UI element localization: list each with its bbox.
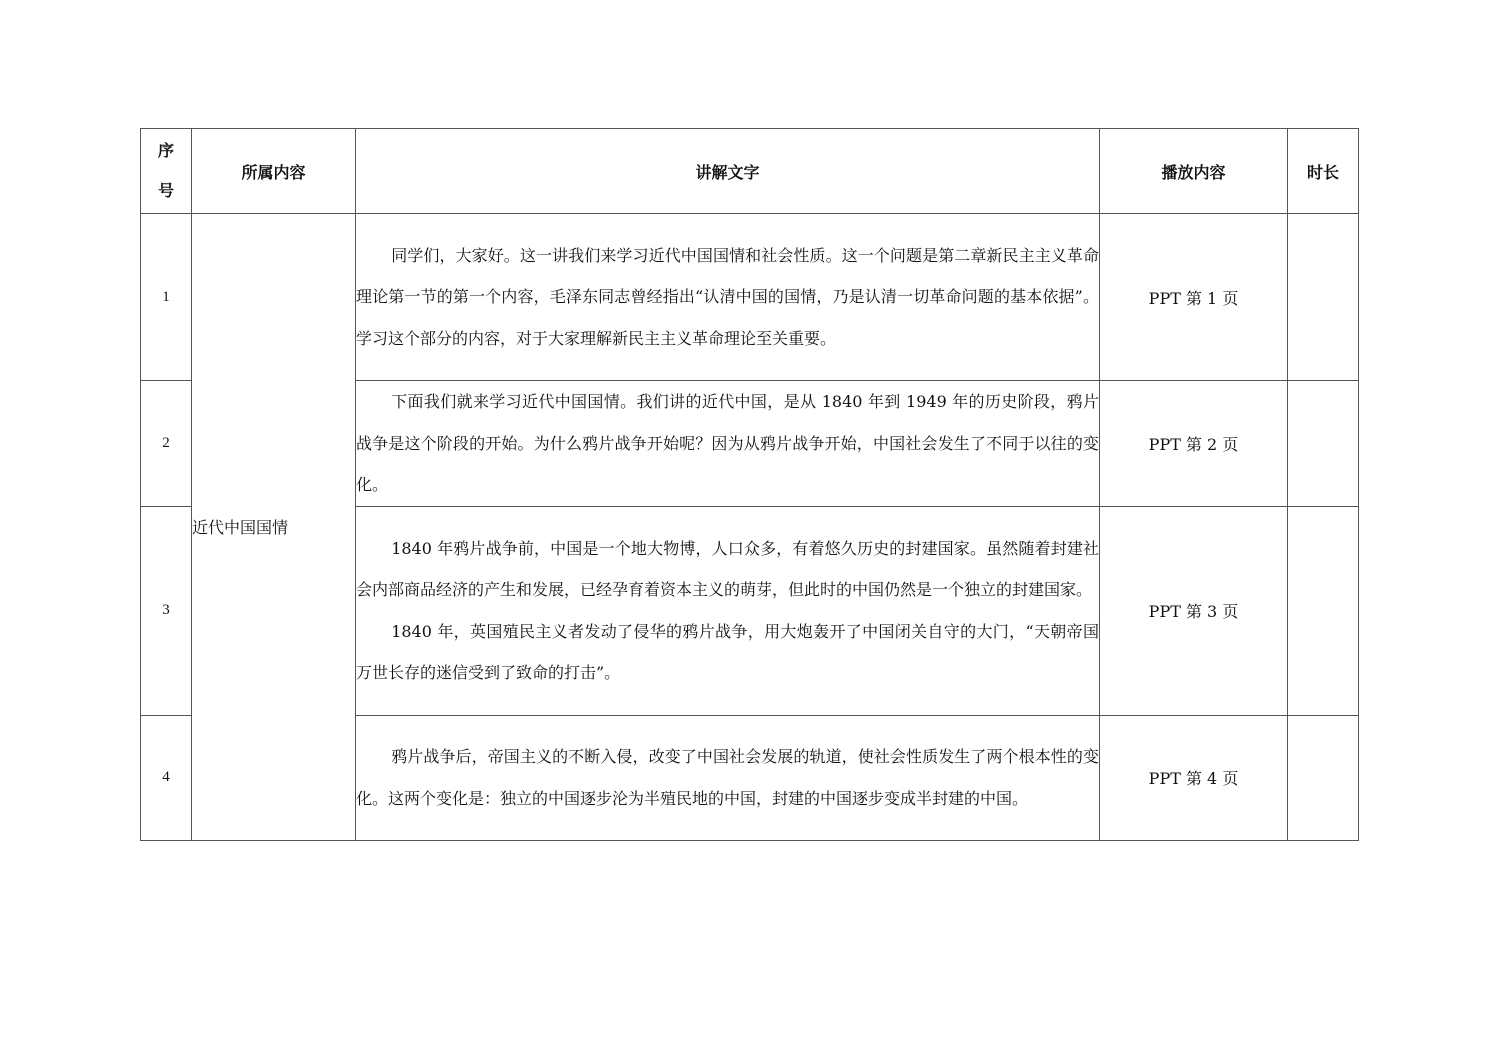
narration-cell: 同学们，大家好。这一讲我们来学习近代中国国情和社会性质。这一个问题是第二章新民主… — [356, 214, 1100, 381]
duration-cell — [1288, 381, 1359, 507]
row-number: 1 — [141, 214, 192, 381]
duration-cell — [1288, 715, 1359, 840]
header-playback: 播放内容 — [1100, 129, 1288, 214]
narration-paragraph: 下面我们就来学习近代中国国情。我们讲的近代中国，是从 1840 年到 1949 … — [356, 381, 1099, 506]
row-number: 4 — [141, 715, 192, 840]
narration-cell: 下面我们就来学习近代中国国情。我们讲的近代中国，是从 1840 年到 1949 … — [356, 381, 1100, 507]
playback-cell: PPT 第 4 页 — [1100, 715, 1288, 840]
row-number: 3 — [141, 506, 192, 715]
header-seq-line2: 号 — [141, 171, 191, 211]
playback-cell: PPT 第 3 页 — [1100, 506, 1288, 715]
narration-cell: 1840 年鸦片战争前，中国是一个地大物博，人口众多，有着悠久历史的封建国家。虽… — [356, 506, 1100, 715]
category-label: 近代中国国情 — [192, 518, 288, 537]
row-number: 2 — [141, 381, 192, 507]
narration-paragraph: 1840 年鸦片战争前，中国是一个地大物博，人口众多，有着悠久历史的封建国家。虽… — [356, 528, 1099, 611]
category-cell: 近代中国国情 — [192, 214, 356, 841]
narration-paragraph: 1840 年，英国殖民主义者发动了侵华的鸦片战争，用大炮轰开了中国闭关自守的大门… — [356, 611, 1099, 694]
header-seq-line1: 序 — [141, 131, 191, 171]
narration-cell: 鸦片战争后，帝国主义的不断入侵，改变了中国社会发展的轨道，使社会性质发生了两个根… — [356, 715, 1100, 840]
narration-paragraph: 鸦片战争后，帝国主义的不断入侵，改变了中国社会发展的轨道，使社会性质发生了两个根… — [356, 736, 1099, 819]
header-narration: 讲解文字 — [356, 129, 1100, 214]
header-duration: 时长 — [1288, 129, 1359, 214]
duration-cell — [1288, 214, 1359, 381]
playback-cell: PPT 第 1 页 — [1100, 214, 1288, 381]
header-category: 所属内容 — [192, 129, 356, 214]
narration-script-table: 序 号 所属内容 讲解文字 播放内容 时长 1 近代中国国情 同学们，大家好。这… — [140, 128, 1359, 841]
header-seq: 序 号 — [141, 129, 192, 214]
duration-cell — [1288, 506, 1359, 715]
header-row: 序 号 所属内容 讲解文字 播放内容 时长 — [141, 129, 1359, 214]
narration-paragraph: 同学们，大家好。这一讲我们来学习近代中国国情和社会性质。这一个问题是第二章新民主… — [356, 235, 1099, 360]
playback-cell: PPT 第 2 页 — [1100, 381, 1288, 507]
table-row: 1 近代中国国情 同学们，大家好。这一讲我们来学习近代中国国情和社会性质。这一个… — [141, 214, 1359, 381]
